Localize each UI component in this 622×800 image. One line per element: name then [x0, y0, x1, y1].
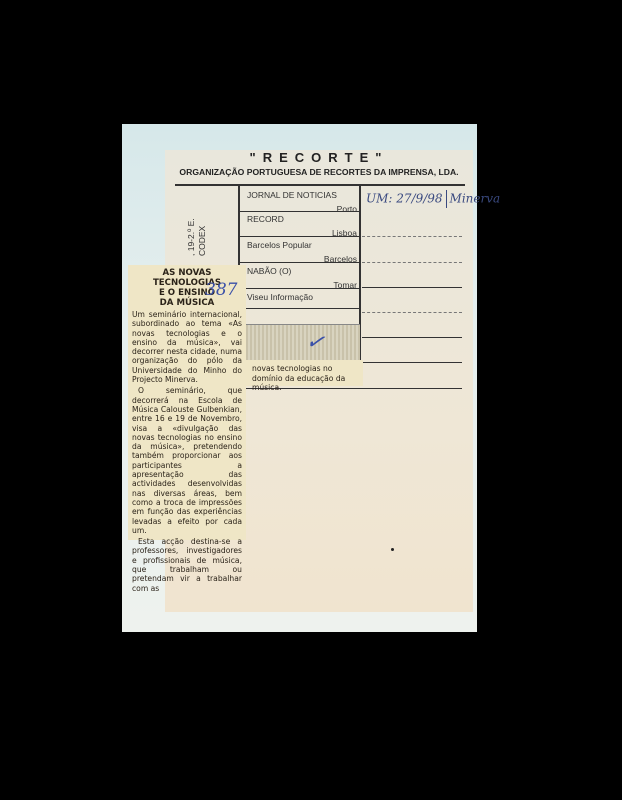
- form-subtitle: ORGANIZAÇÃO PORTUGUESA DE RECORTES DA IM…: [165, 167, 473, 177]
- right-row-line: [362, 262, 462, 263]
- right-row-line: [362, 312, 462, 313]
- clipping-strip: [244, 324, 360, 363]
- clipping-number: 387: [205, 280, 237, 300]
- side-stamp-line1: , 19-2.º E.: [186, 218, 197, 256]
- row-rule: [240, 262, 359, 263]
- right-row-line: [362, 337, 462, 338]
- row-rule: [240, 211, 359, 212]
- clipping-paragraph: O seminário, que decorrerá na Escola de …: [132, 386, 242, 535]
- ink-spot: [391, 548, 394, 551]
- clipping-continuation: novas tecnologias no domínio da educação…: [245, 360, 363, 386]
- handwritten-annotation: UM: 27/9/98Minerva: [366, 190, 500, 208]
- right-row-line: [362, 362, 462, 363]
- side-stamp-line2: CODEX: [197, 218, 208, 256]
- publication-record: RECORD Lisboa: [247, 214, 357, 238]
- newspaper-clipping: AS NOVAS TECNOLOGIAS E O ENSINO DA MÚSIC…: [128, 265, 246, 540]
- publication-nabao: NABÃO (O) Tomar: [247, 266, 357, 290]
- form-title: "RECORTE": [165, 150, 473, 165]
- row-rule: [240, 236, 359, 237]
- left-column-rule: [238, 186, 240, 266]
- clipping-paragraph: Um seminário internacional, subordinado …: [132, 310, 242, 384]
- row-rule: [240, 288, 359, 289]
- publication-viseu-informacao: Viseu Informação: [247, 292, 357, 302]
- side-stamp: , 19-2.º E. CODEX: [186, 218, 208, 256]
- clipping-paragraph: Esta acção destina-se a professores, inv…: [132, 537, 242, 593]
- row-rule: [240, 308, 359, 309]
- header-rule: [175, 184, 465, 186]
- right-row-line: [362, 287, 462, 288]
- right-row-line: [362, 236, 462, 237]
- publication-barcelos-popular: Barcelos Popular Barcelos: [247, 240, 357, 264]
